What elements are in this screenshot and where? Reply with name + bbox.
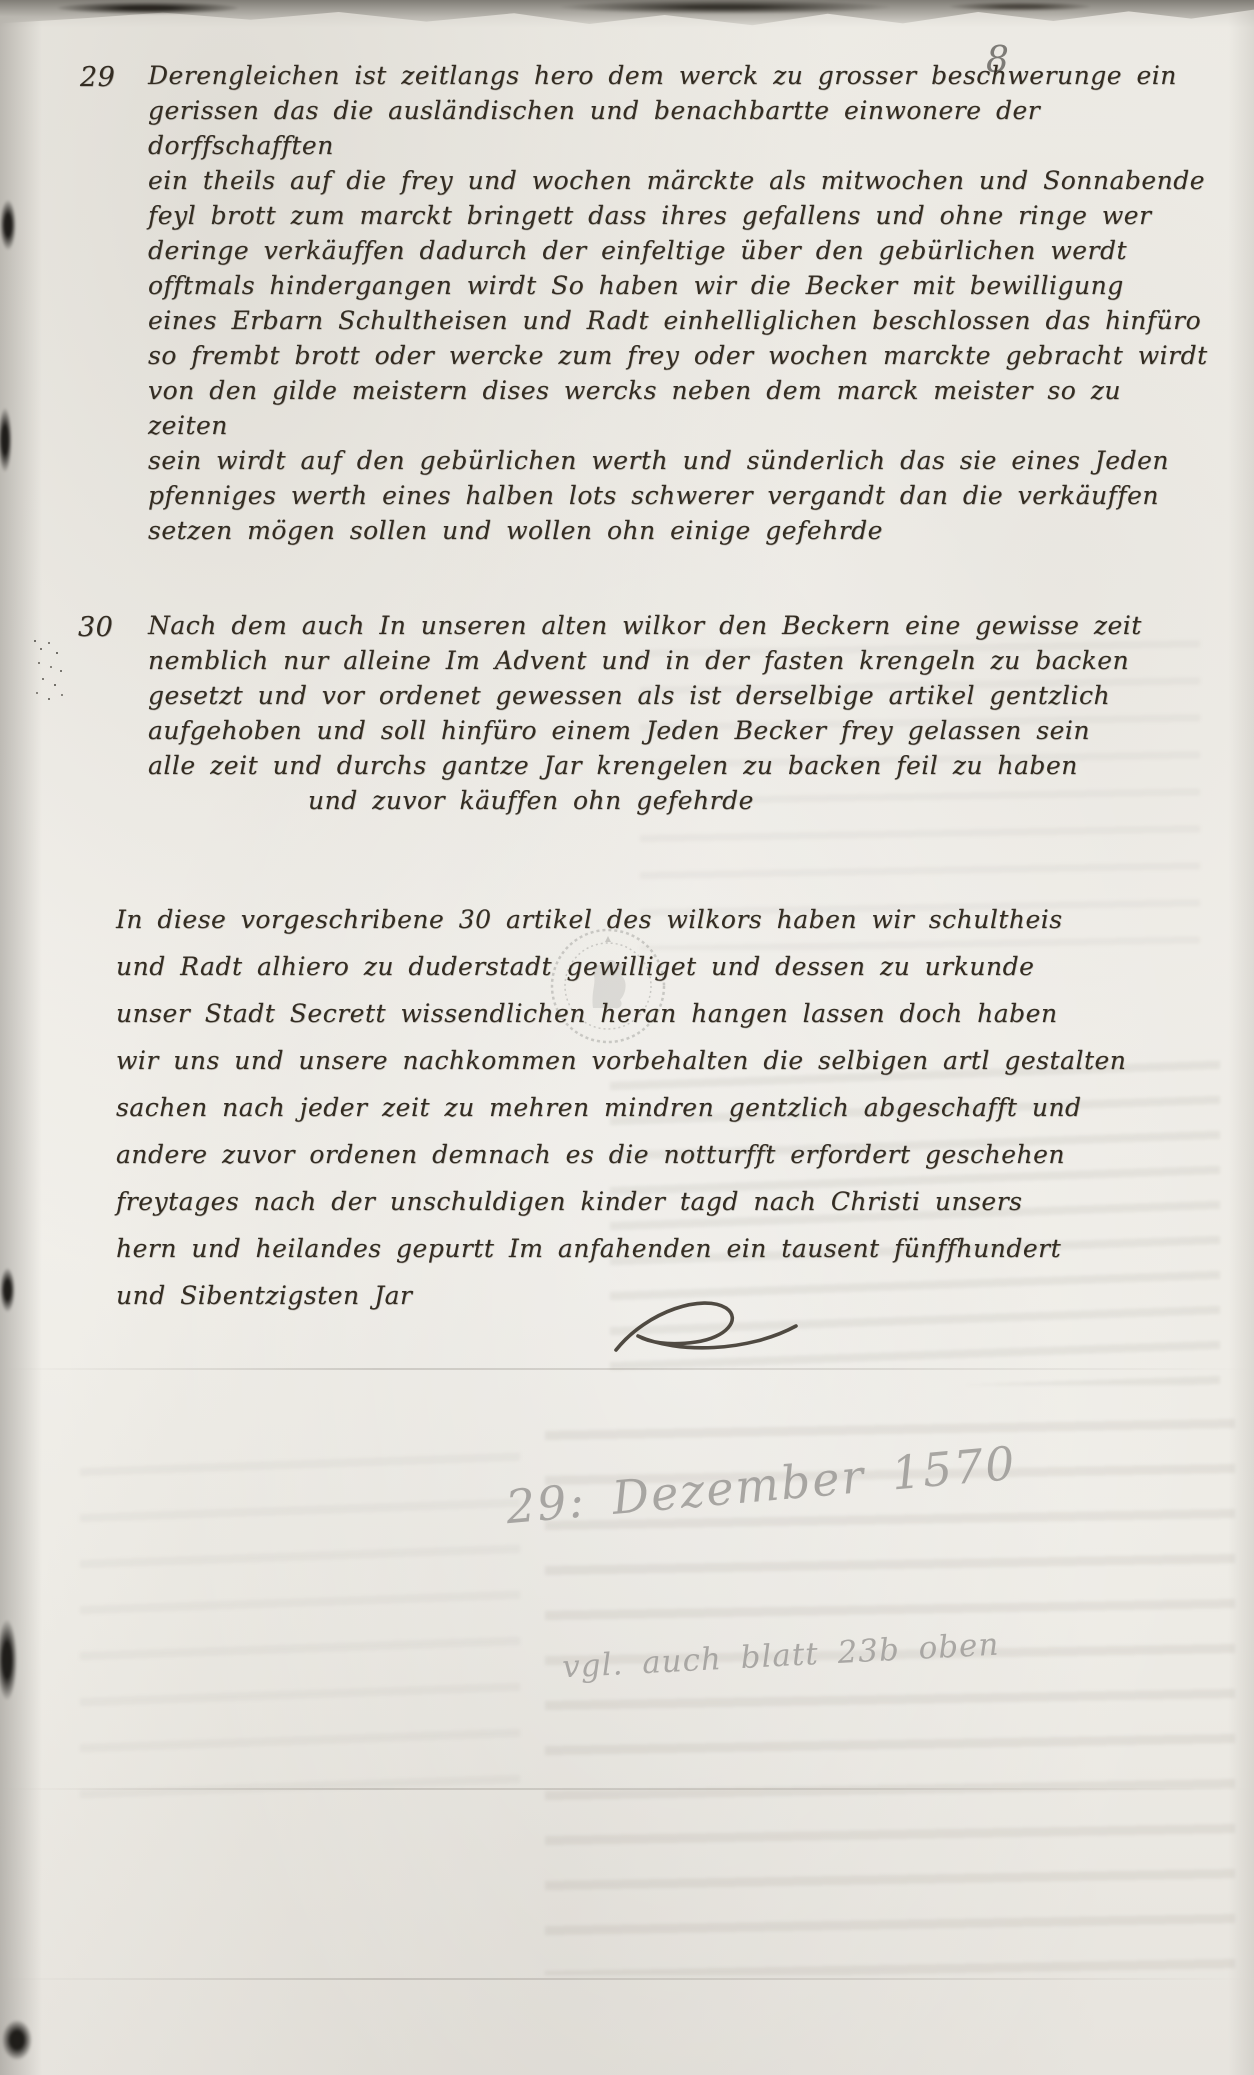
manuscript-line: und Radt alhiero zu duderstadt gewillige…	[116, 943, 1216, 990]
manuscript-line: aufgehoben und soll hinfüro einem Jeden …	[148, 713, 1214, 748]
section-number-30: 30	[78, 612, 113, 643]
paper-crease	[0, 1978, 1254, 1980]
manuscript-line: Derengleichen ist zeitlangs hero dem wer…	[148, 58, 1214, 93]
manuscript-line: gesetzt und vor ordenet gewessen als ist…	[148, 678, 1214, 713]
manuscript-line: nemblich nur alleine Im Advent und in de…	[148, 643, 1214, 678]
manuscript-line: so frembt brott oder wercke zum frey ode…	[148, 338, 1214, 373]
edge-stain	[560, 0, 890, 14]
section-29-text: Derengleichen ist zeitlangs hero dem wer…	[148, 58, 1214, 548]
manuscript-line: wir uns und unsere nachkommen vorbehalte…	[116, 1037, 1216, 1084]
section-number-29: 29	[80, 62, 115, 93]
manuscript-line: hern und heilandes gepurtt Im anfahenden…	[116, 1225, 1216, 1272]
manuscript-line: setzen mögen sollen und wollen ohn einig…	[148, 513, 1214, 548]
manuscript-line: Nach dem auch In unseren alten wilkor de…	[148, 608, 1214, 643]
manuscript-line: deringe verkäuffen dadurch der einfeltig…	[148, 233, 1214, 268]
manuscript-line: andere zuvor ordenen demnach es die nott…	[116, 1131, 1216, 1178]
signature-flourish-icon	[608, 1292, 808, 1378]
bleed-through-text	[80, 1430, 520, 1800]
gutter-stain	[0, 1268, 15, 1312]
ink-speckles	[34, 640, 36, 642]
manuscript-line: feyl brott zum marckt bringett dass ihre…	[148, 198, 1214, 233]
section-30-text: Nach dem auch In unseren alten wilkor de…	[148, 608, 1214, 818]
manuscript-line: unser Stadt Secrett wissendlichen heran …	[116, 990, 1216, 1037]
gutter-stain	[0, 408, 12, 472]
manuscript-line: ein theils auf die frey und wochen märck…	[148, 163, 1214, 198]
manuscript-line: offtmals hindergangen wirdt So haben wir…	[148, 268, 1214, 303]
manuscript-line: alle zeit und durchs gantze Jar krengele…	[148, 748, 1214, 783]
manuscript-line: und zuvor käuffen ohn gefehrde	[308, 783, 1214, 818]
edge-stain	[58, 2, 238, 14]
gutter-stain	[0, 1620, 17, 1700]
manuscript-line: In diese vorgeschribene 30 artikel des w…	[116, 896, 1216, 943]
manuscript-page: 8 29 Derengleichen ist zeitlangs hero de…	[0, 0, 1254, 2075]
gutter-stain	[2, 2020, 32, 2060]
edge-stain	[950, 2, 1090, 11]
manuscript-line: sein wirdt auf den gebürlichen werth und…	[148, 443, 1214, 478]
manuscript-line: gerissen das die ausländischen und benac…	[148, 93, 1214, 163]
closing-paragraph: In diese vorgeschribene 30 artikel des w…	[116, 896, 1216, 1319]
manuscript-line: pfenniges werth eines halben lots schwer…	[148, 478, 1214, 513]
manuscript-line: eines Erbarn Schultheisen und Radt einhe…	[148, 303, 1214, 338]
manuscript-line: sachen nach jeder zeit zu mehren mindren…	[116, 1084, 1216, 1131]
manuscript-line: von den gilde meistern dises wercks nebe…	[148, 373, 1214, 443]
gutter-stain	[0, 200, 16, 250]
manuscript-line: freytages nach der unschuldigen kinder t…	[116, 1178, 1216, 1225]
